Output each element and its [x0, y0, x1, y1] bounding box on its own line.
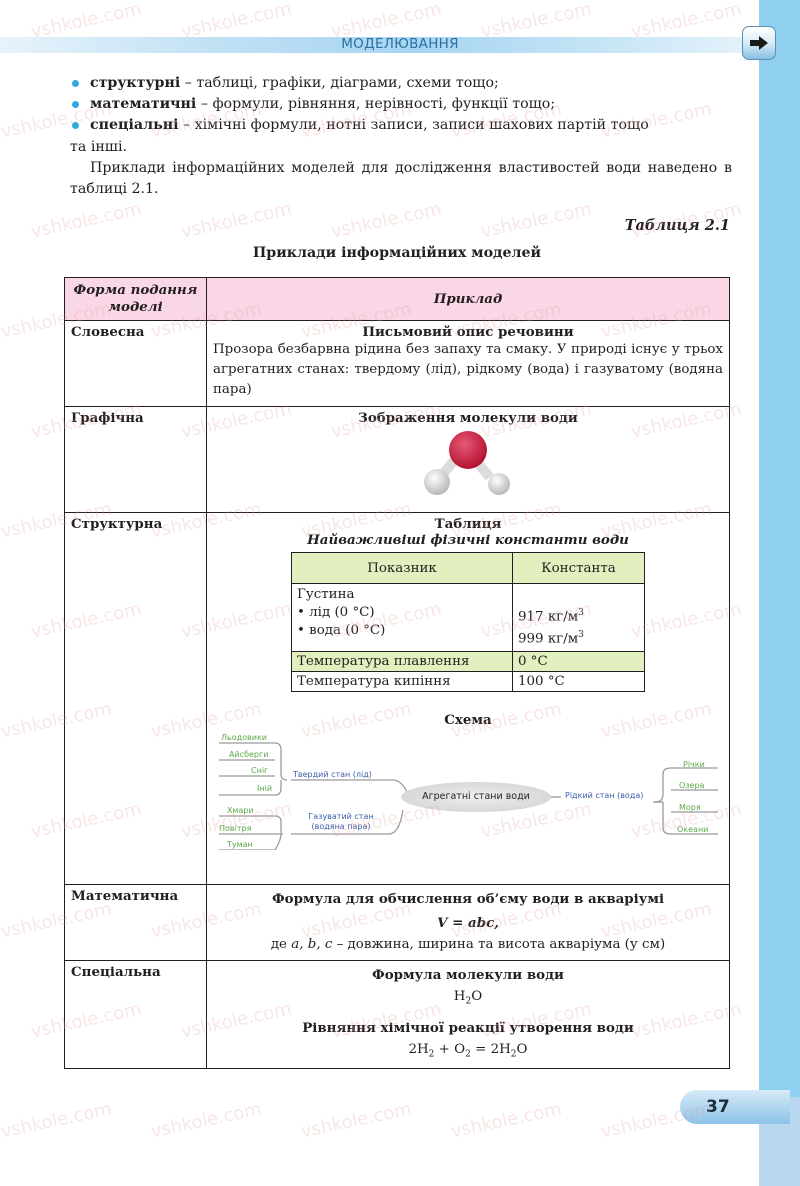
- inner-header-constant: Константа: [513, 553, 645, 584]
- unit-power: 3: [578, 608, 584, 618]
- water-formula: H2O: [213, 986, 723, 1013]
- explanation-suffix: – довжина, ширина та висота акваріума (у…: [332, 937, 665, 952]
- watermark-text: vshkole.com: [479, 199, 593, 243]
- watermark-text: vshkole.com: [149, 1099, 263, 1143]
- row-heading: Зображення молекули води: [213, 410, 723, 426]
- mindmap-leaf: Айсберги: [229, 750, 268, 759]
- mindmap-branch-liquid: Рідкий стан (вода): [565, 791, 643, 801]
- constants-table: Показник Константа Густина • лід (0 °C) …: [291, 552, 645, 692]
- density-row: Густина • лід (0 °C) • вода (0 °C) 917 к…: [292, 584, 645, 652]
- row-text: Прозора безбарвна рідина без запаху та с…: [213, 340, 723, 400]
- reaction-heading: Рівняння хімічної реакції утворення води: [213, 1017, 723, 1039]
- density-label: Густина: [297, 586, 507, 604]
- watermark-text: vshkole.com: [449, 1099, 563, 1143]
- watermark-text: vshkole.com: [29, 199, 143, 243]
- table-title: Приклади інформаційних моделей: [64, 245, 730, 261]
- inner-header-indicator: Показник: [292, 553, 513, 584]
- row-label: Словесна: [65, 321, 207, 407]
- mindmap-leaf: Моря: [679, 803, 701, 812]
- bullet-text: – формули, рівняння, нерівності, функції…: [196, 96, 555, 112]
- unit-power: 3: [578, 630, 584, 640]
- boiling-label: Температура кипіння: [292, 671, 513, 691]
- bullet-special: спеціальні – хімічні формули, нотні запи…: [70, 115, 732, 136]
- water-molecule-icon: [413, 426, 523, 498]
- mindmap-branch-gas: Газуватий стан (водяна пара): [301, 812, 381, 832]
- row-label: Структурна: [65, 513, 207, 885]
- scheme-heading: Схема: [213, 712, 723, 728]
- mindmap-leaf: Озера: [679, 781, 704, 790]
- bullet-text: – хімічні формули, нотні записи, записи …: [179, 117, 649, 133]
- states-mindmap: Льодовики Айсберги Сніг Іній Твердий ста…: [213, 732, 723, 850]
- row-heading: Формула для обчислення об’єму води в акв…: [213, 888, 723, 910]
- header-form: Форма подання моделі: [65, 278, 207, 321]
- bullet-dot-icon: [72, 122, 79, 129]
- ice-value: 917 кг/м: [518, 609, 578, 624]
- table-row-verbal: Словесна Письмовий опис речовини Прозора…: [65, 321, 730, 407]
- melting-label: Температура плавлення: [292, 651, 513, 671]
- table-row-special: Спеціальна Формула молекули води H2O Рів…: [65, 961, 730, 1069]
- bullet-text: – таблиці, графіки, діаграми, схеми тощо…: [180, 75, 499, 91]
- melting-value: 0 °C: [513, 651, 645, 671]
- boiling-row: Температура кипіння 100 °C: [292, 671, 645, 691]
- row-label: Спеціальна: [65, 961, 207, 1069]
- mindmap-center: Агрегатні стани води: [401, 782, 551, 812]
- inner-table-heading: Таблиця: [213, 516, 723, 532]
- boiling-value: 100 °C: [513, 671, 645, 691]
- bullet-term: структурні: [90, 75, 180, 91]
- intro-section: структурні – таблиці, графіки, діаграми,…: [70, 73, 732, 200]
- watermark-text: vshkole.com: [329, 199, 443, 243]
- watermark-text: vshkole.com: [299, 1099, 413, 1143]
- mindmap-leaf: Океани: [677, 825, 708, 834]
- bullet-math: математичні – формули, рівняння, нерівно…: [70, 94, 732, 115]
- row-heading: Письмовий опис речовини: [213, 324, 723, 340]
- mindmap-branch-solid: Твердий стан (лід): [293, 770, 372, 780]
- mindmap-leaf: Хмари: [227, 806, 254, 815]
- inner-table-subtitle: Найважливіші фізичні константи води: [213, 532, 723, 548]
- page-side-strip: [759, 0, 800, 1186]
- bullet-dot-icon: [72, 80, 79, 87]
- water-label: • вода (0 °C): [297, 622, 507, 640]
- reaction-formula: 2H2 + O2 = 2H2O: [213, 1039, 723, 1066]
- section-title: МОДЕЛЮВАННЯ: [0, 36, 800, 52]
- watermark-text: vshkole.com: [179, 199, 293, 243]
- mindmap-leaf: Льодовики: [221, 733, 267, 742]
- closing-text: та інші.: [70, 137, 732, 158]
- water-value: 999 кг/м: [518, 632, 578, 647]
- models-table: Форма подання моделі Приклад Словесна Пи…: [64, 277, 730, 1069]
- mindmap-leaf: Іній: [257, 784, 272, 793]
- watermark-text: vshkole.com: [0, 1099, 113, 1143]
- table-caption: Таблиця 2.1: [625, 217, 730, 234]
- explanation-vars: a, b, c: [291, 937, 332, 952]
- ice-label: • лід (0 °C): [297, 604, 507, 622]
- math-explanation: де a, b, c – довжина, ширина та висота а…: [213, 934, 723, 956]
- bullet-structural: структурні – таблиці, графіки, діаграми,…: [70, 73, 732, 94]
- mindmap-leaf: Річки: [683, 760, 705, 769]
- table-row-structural: Структурна Таблиця Найважливіші фізичні …: [65, 513, 730, 885]
- mindmap-center-label: Агрегатні стани води: [422, 791, 530, 802]
- bullet-term: математичні: [90, 96, 196, 112]
- bullet-term: спеціальні: [90, 117, 179, 133]
- mindmap-leaf: Сніг: [251, 766, 268, 775]
- page-number: 37: [680, 1090, 790, 1124]
- explanation-prefix: де: [271, 937, 291, 952]
- row-label: Математична: [65, 885, 207, 961]
- melting-row: Температура плавлення 0 °C: [292, 651, 645, 671]
- mindmap-leaf: Повітря: [219, 824, 251, 833]
- math-formula: V = abc,: [213, 912, 723, 934]
- table-row-graphic: Графічна Зображення молекули води: [65, 407, 730, 513]
- next-page-button[interactable]: [742, 26, 776, 60]
- row-label: Графічна: [65, 407, 207, 513]
- table-row-math: Математична Формула для обчислення об’єм…: [65, 885, 730, 961]
- mindmap-leaf: Туман: [227, 840, 253, 849]
- header-example: Приклад: [207, 278, 730, 321]
- bullet-dot-icon: [72, 101, 79, 108]
- intro-paragraph: Приклади інформаційних моделей для дослі…: [70, 158, 732, 200]
- arrow-right-icon: [749, 35, 769, 51]
- row-heading: Формула молекули води: [213, 964, 723, 986]
